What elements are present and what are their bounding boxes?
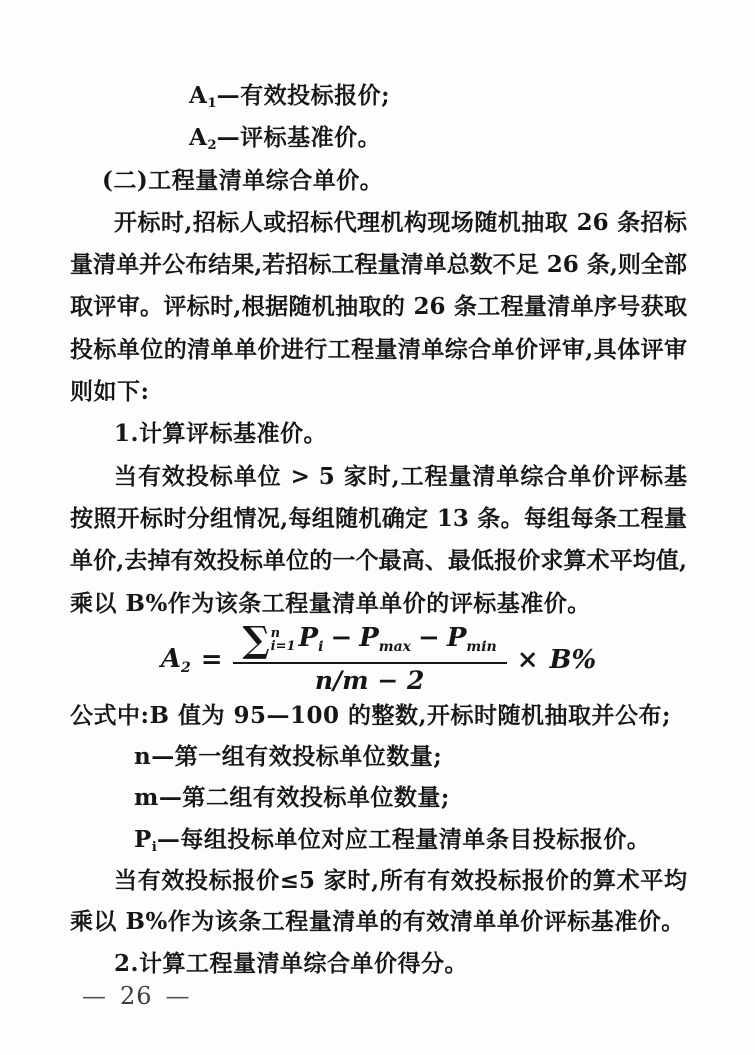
text-line: 投标单位的清单单价进行工程量清单综合单价评审,具体评审规 (70, 329, 687, 371)
para-block-1: A1—有效投标报价;A2—评标基准价。(二)工程量清单综合单价。开标时,招标人或… (70, 75, 687, 625)
text-line: 则如下: (70, 371, 687, 413)
sigma-symbol: ∑ (243, 624, 270, 656)
formula-term-pmin: Pmin (447, 624, 497, 655)
text-line: 取评审。评标时,根据随机抽取的 26 条工程量清单序号获取有效 (70, 286, 687, 328)
footer-dash-right: — (166, 982, 191, 1010)
text-line: 2.计算工程量清单综合单价得分。 (70, 943, 687, 984)
document-page: A1—有效投标报价;A2—评标基准价。(二)工程量清单综合单价。开标时,招标人或… (0, 0, 755, 1055)
sigma-lower-limit: i=1 (271, 640, 296, 654)
text-line: 1.计算评标基准价。 (70, 413, 687, 455)
formula-fraction: ∑ n i=1 Pi − Pmax − Pmin n/m − 2 (233, 624, 507, 695)
formula-block: A2 = ∑ n i=1 Pi − Pmax − Pmin n/m − 2 × (70, 625, 687, 695)
text-line: 当有效投标报价≤5 家时,所有有效投标报价的算术平均值 (70, 860, 687, 901)
page-footer: — 26 — (82, 982, 191, 1010)
text-line: 公式中:B 值为 95—100 的整数,开标时随机抽取并公布; (70, 695, 687, 736)
times-sign: × (517, 645, 539, 675)
text-line: 量清单并公布结果,若招标工程量清单总数不足 26 条,则全部抽 (70, 244, 687, 286)
formula-term-pmax: Pmax (359, 624, 411, 655)
text-line: 当有效投标单位 > 5 家时,工程量清单综合单价评标基准价 (70, 456, 687, 498)
text-line: n—第一组有效投标单位数量; (70, 736, 687, 777)
formula-denominator: n/m − 2 (315, 664, 425, 696)
minus-sign: − (330, 624, 352, 654)
text-line: 乘以 B%作为该条工程量清单的有效清单单价评标基准价。 (70, 901, 687, 942)
text-line: 按照开标时分组情况,每组随机确定 13 条。每组每条工程量清单 (70, 498, 687, 540)
footer-dash-left: — (82, 982, 107, 1010)
text-line: A1—有效投标报价; (70, 75, 687, 117)
text-line: A2—评标基准价。 (70, 117, 687, 159)
sigma-limits: n i=1 (271, 627, 296, 654)
formula-equals-sign: = (201, 645, 223, 675)
document-body: A1—有效投标报价;A2—评标基准价。(二)工程量清单综合单价。开标时,招标人或… (70, 75, 687, 984)
text-line: 开标时,招标人或招标代理机构现场随机抽取 26 条招标工程 (70, 202, 687, 244)
formula-lhs: A2 (161, 644, 191, 676)
page-number: 26 (120, 982, 153, 1010)
minus-sign: − (418, 624, 440, 654)
text-line: 乘以 B%作为该条工程量清单单价的评标基准价。 (70, 583, 687, 625)
text-line: m—第二组有效投标单位数量; (70, 777, 687, 818)
sigma-upper-limit: n (271, 627, 280, 641)
formula-factor: B% (550, 645, 597, 675)
text-line: (二)工程量清单综合单价。 (70, 160, 687, 202)
para-block-2: 公式中:B 值为 95—100 的整数,开标时随机抽取并公布;n—第一组有效投标… (70, 695, 687, 984)
text-line: Pi—每组投标单位对应工程量清单条目投标报价。 (70, 819, 687, 860)
formula-term-pi: Pi (299, 624, 324, 655)
text-line: 单价,去掉有效投标单位的一个最高、最低报价求算术平均值,再 (70, 540, 687, 582)
formula-numerator: ∑ n i=1 Pi − Pmax − Pmin (233, 624, 507, 663)
